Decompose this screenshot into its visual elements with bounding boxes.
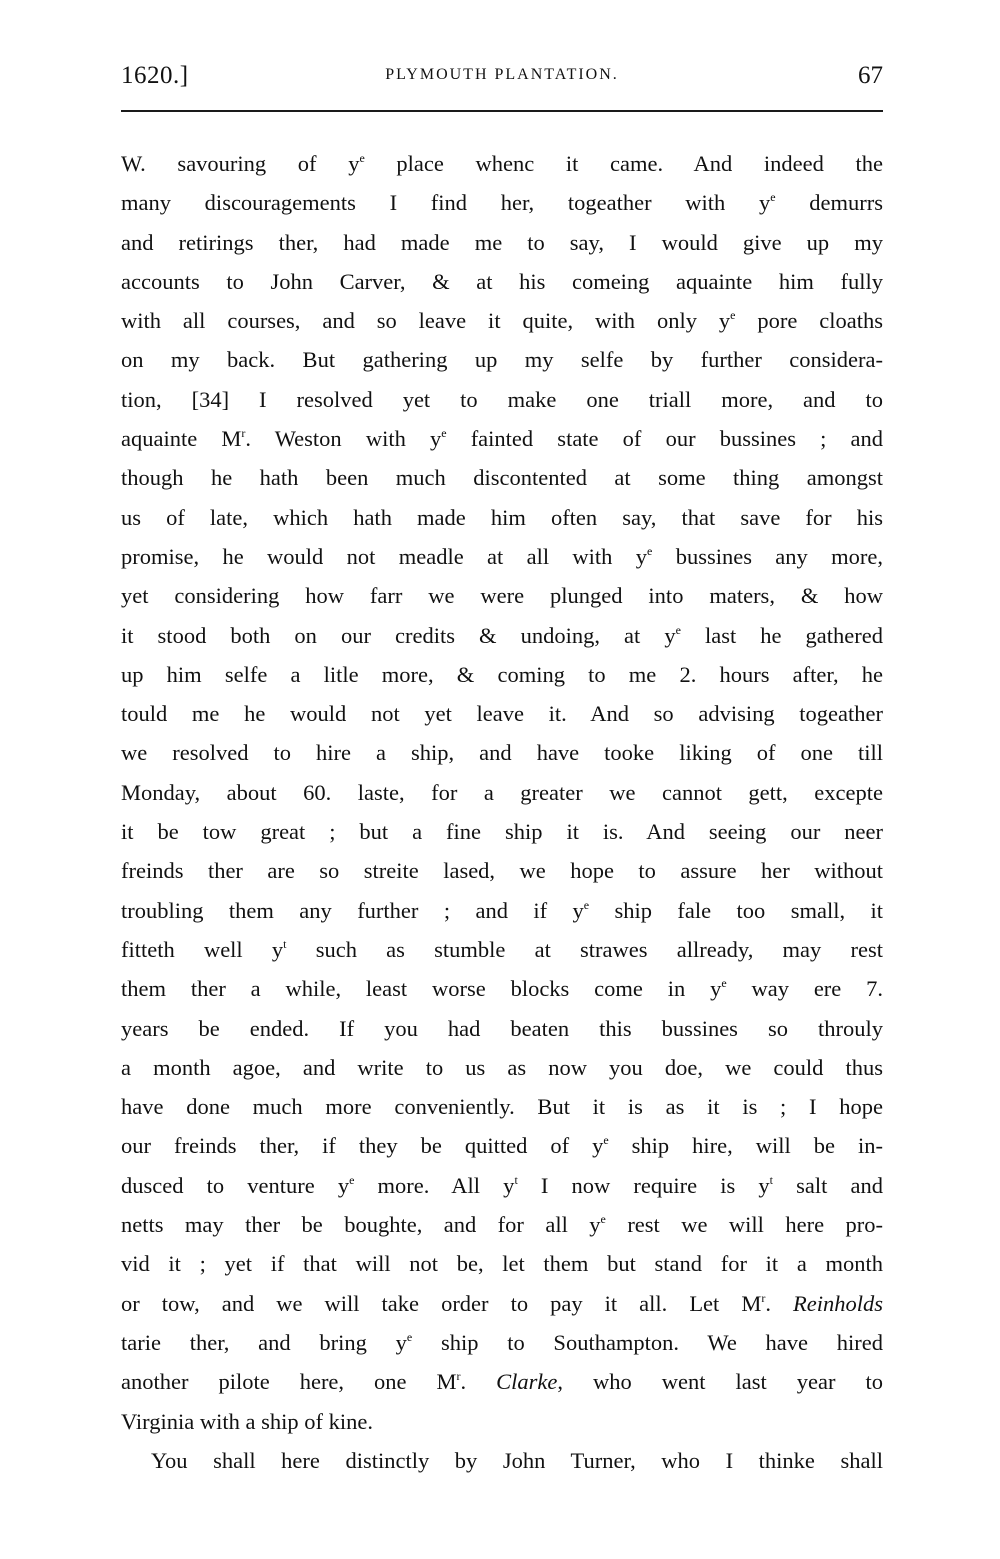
text-run: them ther a while, least worse blocks co… <box>121 976 721 1001</box>
text-run: You shall here distinctly by John Turner… <box>151 1448 883 1473</box>
running-head: 1620.] PLYMOUTH PLANTATION. 67 <box>121 58 883 98</box>
text-run: troubling them any further ; and if y <box>121 898 584 923</box>
text-line: it be tow great ; but a fine ship it is.… <box>121 812 883 851</box>
text-run: have done much more conveniently. But it… <box>121 1094 883 1119</box>
text-run: W. savouring of y <box>121 151 359 176</box>
text-run: tarie ther, and bring y <box>121 1330 407 1355</box>
text-run: our freinds ther, if they be quitted of … <box>121 1133 603 1158</box>
body-text: W. savouring of ye place whenc it came. … <box>121 144 883 1480</box>
text-run: ship to Southampton. We have hired <box>412 1330 883 1355</box>
text-run: last he gathered <box>681 623 883 648</box>
text-line: tarie ther, and bring ye ship to Southam… <box>121 1323 883 1362</box>
text-line: promise, he would not meadle at all with… <box>121 537 883 576</box>
text-run: fitteth well y <box>121 937 283 962</box>
text-run: a month agoe, and write to us as now you… <box>121 1055 883 1080</box>
text-line: tion, [34] I resolved yet to make one tr… <box>121 380 883 419</box>
text-line: vid it ; yet if that will not be, let th… <box>121 1244 883 1283</box>
page-number: 67 <box>858 62 883 90</box>
text-run: dusced to venture y <box>121 1173 349 1198</box>
text-run: with all courses, and so leave it quite,… <box>121 308 730 333</box>
text-run: or tow, and we will take order to pay it… <box>121 1291 761 1316</box>
text-line: many discouragements I find her, togeath… <box>121 183 883 222</box>
text-run: ship fale too small, it <box>589 898 883 923</box>
text-line: netts may ther be boughte, and for all y… <box>121 1205 883 1244</box>
text-run: . <box>461 1369 497 1394</box>
text-line: up him selfe a litle more, & coming to m… <box>121 655 883 694</box>
header-title: PLYMOUTH PLANTATION. <box>121 66 883 84</box>
text-line: Virginia with a ship of kine. <box>121 1402 883 1441</box>
text-line: years be ended. If you had beaten this b… <box>121 1009 883 1048</box>
text-line: with all courses, and so leave it quite,… <box>121 301 883 340</box>
text-run: salt and <box>773 1173 883 1198</box>
text-line: You shall here distinctly by John Turner… <box>121 1441 883 1480</box>
text-run: and retirings ther, had made me to say, … <box>121 230 883 255</box>
text-run: demurrs <box>776 190 883 215</box>
text-run: promise, he would not meadle at all with… <box>121 544 647 569</box>
text-run: on my back. But gathering up my selfe by… <box>121 347 883 372</box>
text-line: fitteth well yt such as stumble at straw… <box>121 930 883 969</box>
text-run: , who went last year to <box>557 1369 883 1394</box>
text-run: pore cloaths <box>735 308 883 333</box>
text-line: dusced to venture ye more. All yt I now … <box>121 1166 883 1205</box>
text-line: W. savouring of ye place whenc it came. … <box>121 144 883 183</box>
text-run: . Weston with y <box>245 426 441 451</box>
text-run: we resolved to hire a ship, and have too… <box>121 740 883 765</box>
text-run: up him selfe a litle more, & coming to m… <box>121 662 883 687</box>
text-run: Monday, about 60. laste, for a greater w… <box>121 780 883 805</box>
italic-name: Reinholds <box>793 1291 883 1316</box>
text-line: Monday, about 60. laste, for a greater w… <box>121 773 883 812</box>
text-line: another pilote here, one Mr. Clarke, who… <box>121 1362 883 1401</box>
text-run: . <box>765 1291 793 1316</box>
text-run: Virginia with a ship of kine. <box>121 1409 373 1434</box>
text-line: them ther a while, least worse blocks co… <box>121 969 883 1008</box>
text-run: years be ended. If you had beaten this b… <box>121 1016 883 1041</box>
text-line: it stood both on our credits & undoing, … <box>121 616 883 655</box>
header-rule <box>121 110 883 112</box>
text-line: our freinds ther, if they be quitted of … <box>121 1126 883 1165</box>
text-line: we resolved to hire a ship, and have too… <box>121 733 883 772</box>
text-run: netts may ther be boughte, and for all y <box>121 1212 601 1237</box>
text-line: tould me he would not yet leave it. And … <box>121 694 883 733</box>
text-line: us of late, which hath made him often sa… <box>121 498 883 537</box>
text-run: freinds ther are so streite lased, we ho… <box>121 858 883 883</box>
text-run: more. All y <box>354 1173 514 1198</box>
text-line: on my back. But gathering up my selfe by… <box>121 340 883 379</box>
book-page: 1620.] PLYMOUTH PLANTATION. 67 W. savour… <box>121 58 883 98</box>
text-run: ship hire, will be in- <box>609 1133 883 1158</box>
text-line: freinds ther are so streite lased, we ho… <box>121 851 883 890</box>
italic-name: Clarke <box>496 1369 557 1394</box>
text-run: such as stumble at strawes allready, may… <box>287 937 884 962</box>
text-run: yet considering how farr we were plunged… <box>121 583 883 608</box>
text-line: or tow, and we will take order to pay it… <box>121 1284 883 1323</box>
text-run: accounts to John Carver, & at his comein… <box>121 269 883 294</box>
text-line: and retirings ther, had made me to say, … <box>121 223 883 262</box>
text-line: yet considering how farr we were plunged… <box>121 576 883 615</box>
text-line: troubling them any further ; and if ye s… <box>121 891 883 930</box>
text-run: it stood both on our credits & undoing, … <box>121 623 676 648</box>
text-line: though he hath been much discontented at… <box>121 458 883 497</box>
text-run: us of late, which hath made him often sa… <box>121 505 883 530</box>
text-run: though he hath been much discontented at… <box>121 465 883 490</box>
text-run: vid it ; yet if that will not be, let th… <box>121 1251 883 1276</box>
text-run: tould me he would not yet leave it. And … <box>121 701 883 726</box>
text-line: have done much more conveniently. But it… <box>121 1087 883 1126</box>
text-run: place whenc it came. And indeed the <box>365 151 883 176</box>
text-run: tion, [34] I resolved yet to make one tr… <box>121 387 883 412</box>
text-run: bussines any more, <box>652 544 883 569</box>
text-run: another pilote here, one M <box>121 1369 457 1394</box>
text-run: rest we will here pro- <box>606 1212 883 1237</box>
text-run: it be tow great ; but a fine ship it is.… <box>121 819 883 844</box>
text-line: a month agoe, and write to us as now you… <box>121 1048 883 1087</box>
text-line: accounts to John Carver, & at his comein… <box>121 262 883 301</box>
text-run: way ere 7. <box>727 976 883 1001</box>
text-run: many discouragements I find her, togeath… <box>121 190 770 215</box>
text-run: aquainte M <box>121 426 241 451</box>
text-run: fainted state of our bussines ; and <box>447 426 883 451</box>
text-line: aquainte Mr. Weston with ye fainted stat… <box>121 419 883 458</box>
text-run: I now require is y <box>518 1173 770 1198</box>
